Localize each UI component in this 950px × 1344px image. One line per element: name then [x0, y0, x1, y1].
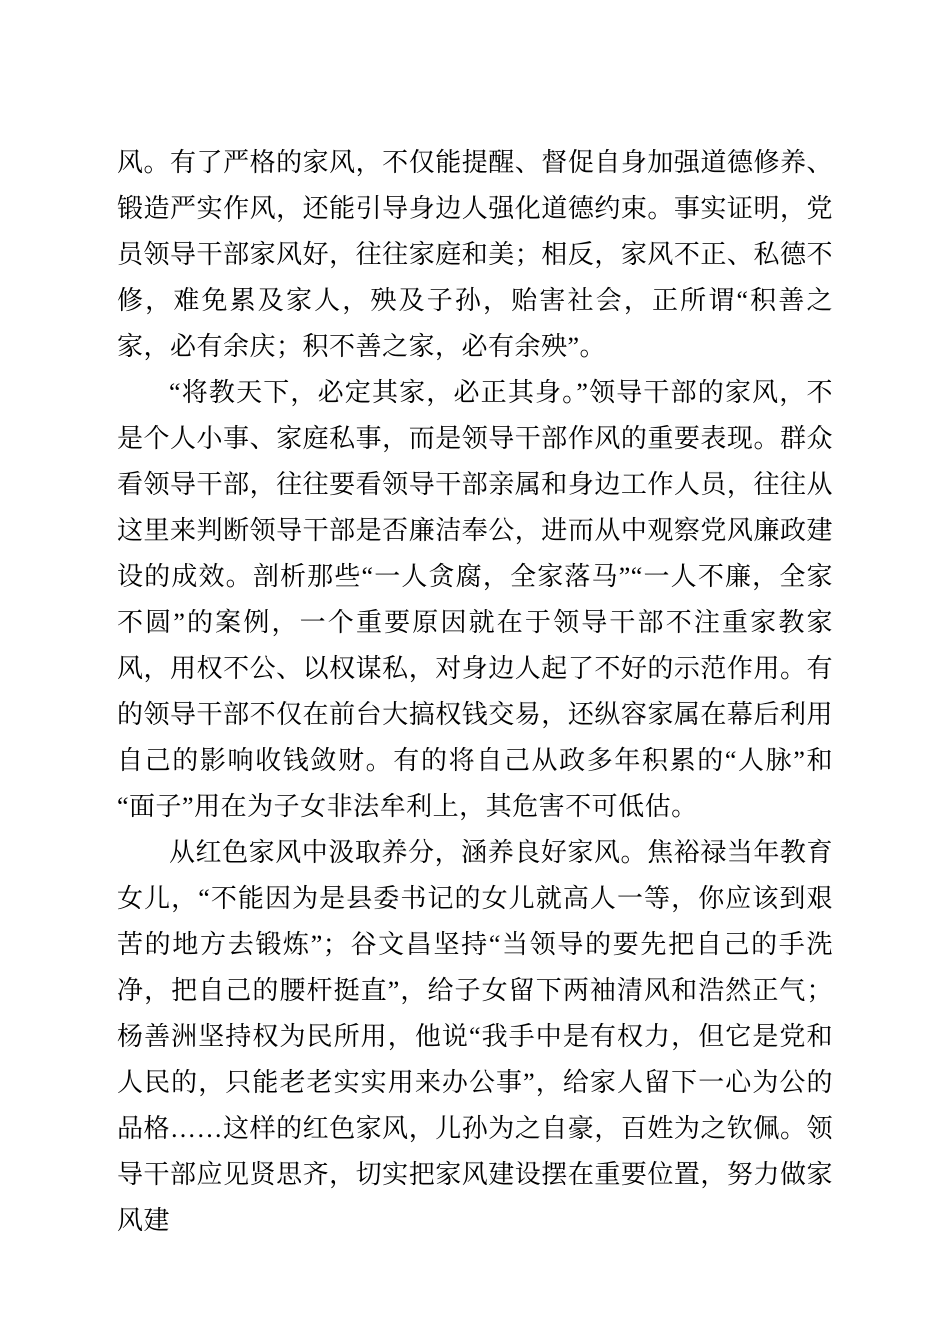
document-page: 风。有了严格的家风，不仅能提醒、督促自身加强道德修养、锻造严实作风，还能引导身边… — [0, 0, 950, 1344]
document-text-block: 风。有了严格的家风，不仅能提醒、督促自身加强道德修养、锻造严实作风，还能引导身边… — [117, 140, 833, 1244]
paragraph-family-style-importance: “将教天下，必定其家，必正其身。”领导干部的家风，不是个人小事、家庭私事，而是领… — [117, 370, 833, 830]
paragraph-red-family-tradition: 从红色家风中汲取养分，涵养良好家风。焦裕禄当年教育女儿，“不能因为是县委书记的女… — [117, 830, 833, 1244]
paragraph-continuation: 风。有了严格的家风，不仅能提醒、督促自身加强道德修养、锻造严实作风，还能引导身边… — [117, 140, 833, 370]
